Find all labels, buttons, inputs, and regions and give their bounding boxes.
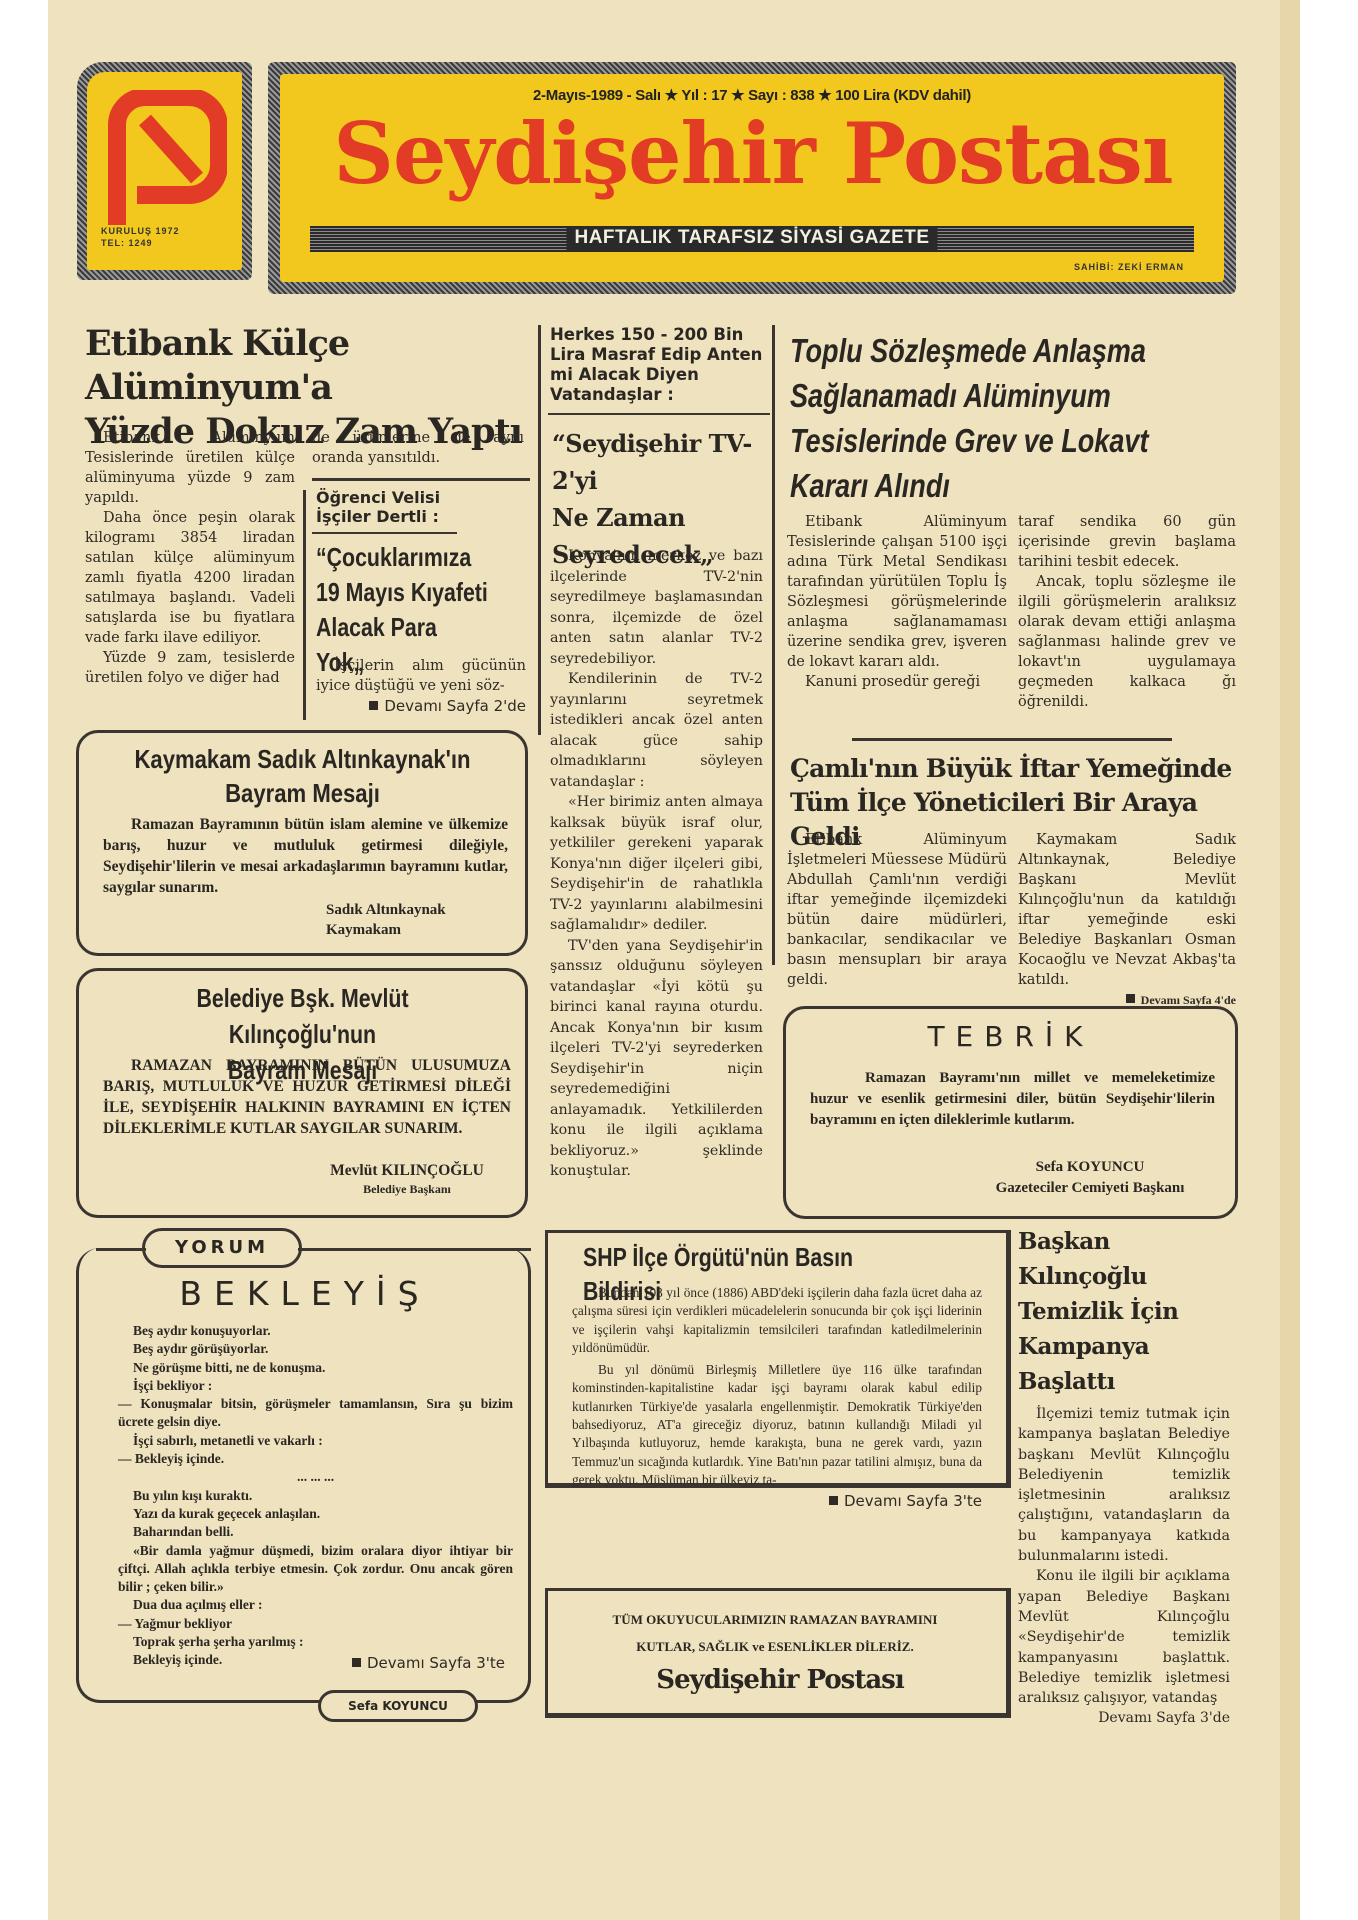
continued-link[interactable]: Devamı Sayfa 3'de xyxy=(1018,1708,1230,1728)
signature: Sefa KOYUNCU xyxy=(960,1157,1220,1178)
paragraph: Kendilerinin de TV-2 yayınlarını seyretm… xyxy=(550,669,763,792)
greeting-line: KUTLAR, SAĞLIK ve ESENLİKLER DİLERİZ. xyxy=(555,1633,995,1660)
paragraph: «Her birimiz anten almaya kalksak büyük … xyxy=(550,792,763,936)
paragraph: Kaymakam Sadık Altınkaynak, Belediye Baş… xyxy=(1018,830,1236,990)
kicker-rule xyxy=(548,413,770,415)
line: Bu yılın kışı kuraktı. xyxy=(118,1487,513,1505)
yorum-body: Beş aydır konuşuyorlar. Beş aydır görüşü… xyxy=(118,1322,513,1670)
article-etibank-col1: Etibank Alüminyum Tesislerinde üretilen … xyxy=(85,428,295,688)
temizlik-headline: Başkan Kılınçoğlu Temizlik İçin Kampanya… xyxy=(1018,1224,1218,1399)
kicker-rule xyxy=(312,532,457,534)
paragraph: Bundan 103 yıl önce (1886) ABD'deki işçi… xyxy=(572,1284,982,1357)
newspaper-title: Seydişehir Postası xyxy=(302,112,1204,196)
veli-body: İşçilerin alım gücünün iyice düştüğü ve … xyxy=(316,656,526,716)
section-rule xyxy=(312,478,530,481)
grev-col1: Etibank Alüminyum Tesislerinde çalışan 5… xyxy=(787,512,1007,692)
sp-monogram-logo-icon xyxy=(107,90,227,230)
kicker-line: İşçiler Dertli : xyxy=(316,507,516,526)
veli-kicker: Öğrenci Velisi İşçiler Dertli : xyxy=(316,488,516,526)
belediye-body: RAMAZAN BAYRAMININ BÜTÜN ULUSUMUZA BARIŞ… xyxy=(103,1055,511,1139)
line: İşçi sabırlı, metanetli ve vakarlı : xyxy=(118,1432,513,1450)
headline: Kaymakam Sadık Altınkaynak'ın xyxy=(122,742,483,776)
shp-body: Bundan 103 yıl önce (1886) ABD'deki işçi… xyxy=(572,1284,982,1511)
founded-year: KURULUŞ 1972 xyxy=(101,225,180,238)
greeting-signature: Seydişehir Postası xyxy=(555,1665,1005,1695)
line: ... ... ... xyxy=(118,1468,513,1486)
tv2-kicker: Herkes 150 - 200 Bin Lira Masraf Edip An… xyxy=(550,325,770,405)
paragraph: Konu ile ilgili bir açıklama yapan Beled… xyxy=(1018,1566,1230,1708)
iftar-col1: Etibank Alüminyum İşletmeleri Müessese M… xyxy=(787,830,1007,990)
logo-frame: KURULUŞ 1972 TEL: 1249 xyxy=(77,62,252,280)
paragraph: Ancak, toplu sözleşme ile ilgili görüşme… xyxy=(1018,572,1236,712)
line: Beş aydır görüşüyorlar. xyxy=(118,1340,513,1358)
masthead-panel: 2-Mayıs-1989 - Salı ★ Yıl : 17 ★ Sayı : … xyxy=(280,74,1224,282)
kicker-line: Öğrenci Velisi xyxy=(316,488,516,507)
phone-number: TEL: 1249 xyxy=(101,237,180,250)
tagline: HAFTALIK TARAFSIZ SİYASİ GAZETE xyxy=(566,226,937,250)
paragraph: Daha önce peşin olarak kilogramı 3854 li… xyxy=(85,508,295,648)
line: Dua dua açılmış eller : xyxy=(118,1596,513,1614)
line: — Bekleyiş içinde. xyxy=(118,1450,513,1468)
signature: Sadık Altınkaynak xyxy=(326,900,446,920)
headline: Başkan xyxy=(1018,1224,1218,1259)
temizlik-body: İlçemizi temiz tutmak için kampanya başl… xyxy=(1018,1404,1230,1729)
kaymakam-body: Ramazan Bayramının bütün islam alemine v… xyxy=(103,814,508,898)
headline: Belediye Bşk. Mevlüt Kılınçoğlu'nun xyxy=(128,980,477,1052)
headline: Etibank Külçe Alüminyum'a xyxy=(85,322,525,410)
grev-col2: taraf sendika 60 gün içerisinde grevin b… xyxy=(1018,512,1236,712)
paragraph: Yüzde 9 zam, tesislerde üretilen folyo v… xyxy=(85,648,295,688)
signature: Mevlüt KILINÇOĞLU xyxy=(312,1160,502,1181)
headline: Tesislerinde Grev ve Lokavt xyxy=(790,418,1167,463)
headline: “Çocuklarımıza xyxy=(316,540,488,575)
line: Beş aydır konuşuyorlar. xyxy=(118,1322,513,1340)
column-rule xyxy=(303,490,306,720)
paragraph: TV'den yana Seydişehir'in şanssız olduğu… xyxy=(550,936,763,1182)
article-etibank-col2: de ürünlerine de aynı oranda yansıtıldı. xyxy=(312,428,524,468)
section-rule xyxy=(852,738,1172,741)
signature-title: Belediye Başkanı xyxy=(312,1181,502,1197)
line: Baharından belli. xyxy=(118,1523,513,1541)
headline: Kılınçoğlu xyxy=(1018,1259,1218,1294)
tebrik-body: Ramazan Bayramı'nın millet ve memeleketi… xyxy=(810,1068,1215,1131)
paragraph: İşçilerin alım gücünün iyice düştüğü ve … xyxy=(316,656,526,696)
signature-title: Kaymakam xyxy=(326,920,446,940)
masthead-frame: 2-Mayıs-1989 - Salı ★ Yıl : 17 ★ Sayı : … xyxy=(268,62,1236,294)
tebrik-signature: Sefa KOYUNCU Gazeteciler Cemiyeti Başkan… xyxy=(960,1157,1220,1199)
paragraph: Etibank Alüminyum Tesislerinde çalışan 5… xyxy=(787,512,1007,672)
issue-line: 2-Mayıs-1989 - Salı ★ Yıl : 17 ★ Sayı : … xyxy=(280,86,1224,104)
headline: Sağlanamadı Alüminyum xyxy=(790,373,1167,418)
line: Ne görüşme bitti, ne de konuşma. xyxy=(118,1359,513,1377)
paragraph: Konya'nın merkez ve bazı ilçelerinde TV-… xyxy=(550,546,763,669)
headline: Ne Zaman xyxy=(552,499,782,536)
yorum-continued-link[interactable]: Devamı Sayfa 3'te xyxy=(300,1654,505,1672)
headline: Çamlı'nın Büyük İftar Yemeğinde xyxy=(790,752,1250,786)
continued-link[interactable]: Devamı Sayfa 2'de xyxy=(316,696,526,716)
paragraph: İlçemizi temiz tutmak için kampanya başl… xyxy=(1018,1404,1230,1566)
owner-label: SAHİBİ: ZEKİ ERMAN xyxy=(1074,262,1184,272)
headline: Temizlik İçin xyxy=(1018,1294,1218,1329)
tebrik-headline: TEBRİK xyxy=(783,1020,1238,1053)
yorum-headline: BEKLEYİŞ xyxy=(90,1274,520,1313)
paragraph: Kanuni prosedür gereği xyxy=(787,672,1007,692)
grev-headline: Toplu Sözleşmede Anlaşma Sağlanamadı Alü… xyxy=(790,328,1250,508)
continued-link[interactable]: Devamı Sayfa 3'te xyxy=(572,1492,982,1510)
headline: Kararı Alındı xyxy=(790,463,1167,508)
belediye-signature: Mevlüt KILINÇOĞLU Belediye Başkanı xyxy=(312,1160,502,1197)
paragraph: taraf sendika 60 gün içerisinde grevin b… xyxy=(1018,512,1236,572)
greeting-line: TÜM OKUYUCULARIMIZIN RAMAZAN BAYRAMINI xyxy=(555,1606,995,1633)
greeting-text: TÜM OKUYUCULARIMIZIN RAMAZAN BAYRAMINI K… xyxy=(555,1606,995,1660)
yorum-label: YORUM xyxy=(142,1228,302,1268)
box-top-rule xyxy=(298,1248,531,1251)
headline: Toplu Sözleşmede Anlaşma xyxy=(790,328,1167,373)
line: Toprak şerha şerha yarılmış : xyxy=(118,1633,513,1651)
headline: 19 Mayıs Kıyafeti xyxy=(316,575,488,610)
logo-panel: KURULUŞ 1972 TEL: 1249 xyxy=(87,72,242,270)
square-bullet-icon xyxy=(829,1496,838,1505)
square-bullet-icon xyxy=(369,701,378,710)
paragraph: Etibank Alüminyum Tesislerinde üretilen … xyxy=(85,428,295,508)
founded-info: KURULUŞ 1972 TEL: 1249 xyxy=(101,225,180,250)
yorum-author: Sefa KOYUNCU xyxy=(318,1690,478,1722)
tv2-body: Konya'nın merkez ve bazı ilçelerinde TV-… xyxy=(550,546,763,1182)
tagline-bar: HAFTALIK TARAFSIZ SİYASİ GAZETE xyxy=(310,226,1194,252)
square-bullet-icon xyxy=(352,1658,361,1667)
page-edge xyxy=(1280,0,1300,1920)
box-top-rule xyxy=(96,1248,146,1251)
paragraph: Bu yıl dönümü Birleşmiş Milletlere üye 1… xyxy=(572,1361,982,1489)
kaymakam-headline: Kaymakam Sadık Altınkaynak'ın Bayram Mes… xyxy=(90,742,515,810)
headline: Kampanya xyxy=(1018,1329,1218,1364)
iftar-col2: Kaymakam Sadık Altınkaynak, Belediye Baş… xyxy=(1018,830,1236,1010)
headline: Bayram Mesajı xyxy=(122,776,483,810)
kaymakam-signature: Sadık Altınkaynak Kaymakam xyxy=(326,900,446,940)
paragraph: Etibank Alüminyum İşletmeleri Müessese M… xyxy=(787,830,1007,990)
line: — Konuşmalar bitsin, görüşmeler tamamlan… xyxy=(118,1395,513,1432)
signature-title: Gazeteciler Cemiyeti Başkanı xyxy=(960,1178,1220,1199)
column-rule xyxy=(538,325,541,735)
headline: “Seydişehir TV-2'yi xyxy=(552,425,782,499)
line: — Yağmur bekliyor xyxy=(118,1615,513,1633)
line: İşçi bekliyor : xyxy=(118,1377,513,1395)
square-bullet-icon xyxy=(1126,994,1135,1003)
column-rule xyxy=(772,325,775,965)
line: Yazı da kurak geçecek anlaşılan. xyxy=(118,1505,513,1523)
headline: Başlattı xyxy=(1018,1364,1218,1399)
line: «Bir damla yağmur düşmedi, bizim oralara… xyxy=(118,1542,513,1597)
